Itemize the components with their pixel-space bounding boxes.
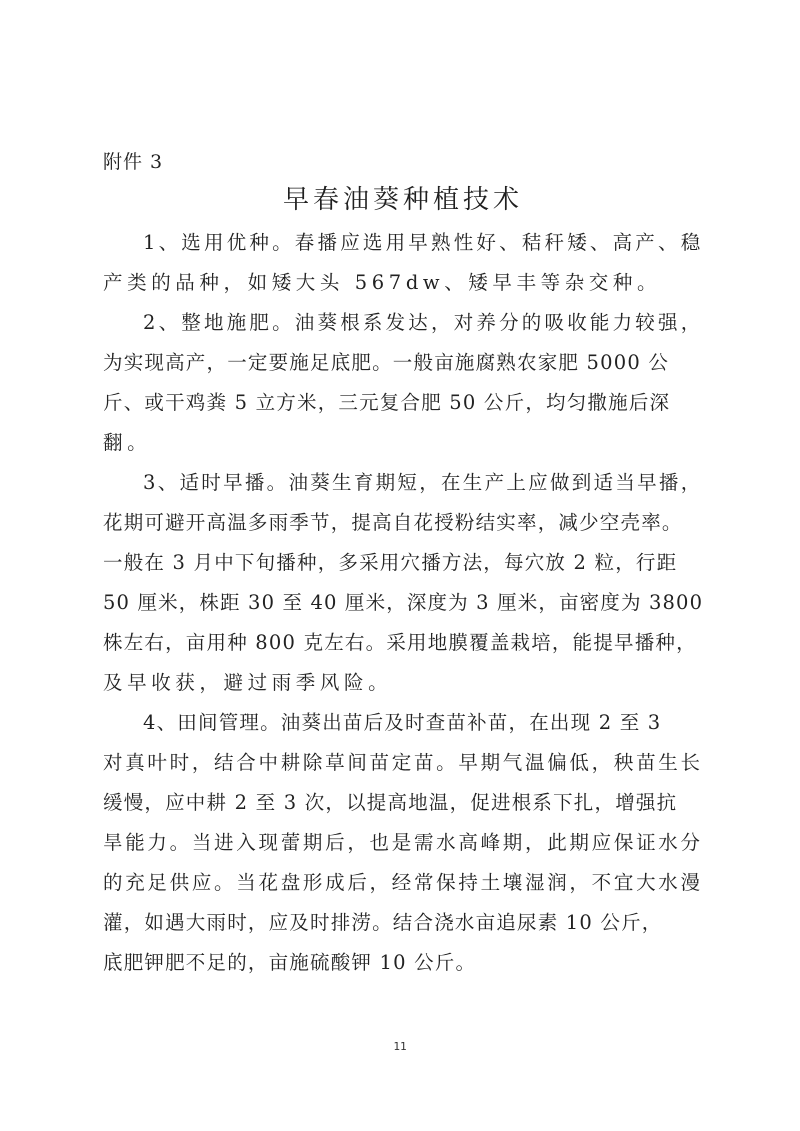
paragraph-line: 底肥钾肥不足的，亩施硫酸钾 10 公斤。 [103, 947, 703, 987]
document-body: 1、选用优种。春播应选用早熟性好、秸秆矮、高产、稳 产类的品种，如矮大头 567… [103, 227, 703, 987]
paragraph-line: 1、选用优种。春播应选用早熟性好、秸秆矮、高产、稳 [103, 227, 703, 267]
paragraph-line: 株左右，亩用种 800 克左右。采用地膜覆盖栽培，能提早播种， [103, 627, 703, 667]
document-title: 早春油葵种植技术 [0, 180, 800, 220]
paragraph-line: 翻。 [103, 427, 703, 467]
paragraph-line: 产类的品种，如矮大头 567dw、矮早丰等杂交种。 [103, 267, 703, 307]
document-page: 附件 3 早春油葵种植技术 1、选用优种。春播应选用早熟性好、秸秆矮、高产、稳 … [0, 0, 800, 1131]
paragraph-line: 4、田间管理。油葵出苗后及时查苗补苗，在出现 2 至 3 [103, 707, 703, 747]
paragraph-line: 3、适时早播。油葵生育期短，在生产上应做到适当早播， [103, 467, 703, 507]
section-4-field-management: 4、田间管理。油葵出苗后及时查苗补苗，在出现 2 至 3 对真叶时，结合中耕除草… [103, 707, 703, 987]
paragraph-line: 及早收获，避过雨季风险。 [103, 667, 703, 707]
paragraph-line: 旱能力。当进入现蕾期后，也是需水高峰期，此期应保证水分 [103, 827, 703, 867]
page-number: 11 [0, 1040, 800, 1053]
section-3-timely-early-sowing: 3、适时早播。油葵生育期短，在生产上应做到适当早播， 花期可避开高温多雨季节，提… [103, 467, 703, 707]
paragraph-line: 花期可避开高温多雨季节，提高自花授粉结实率，减少空壳率。 [103, 507, 703, 547]
paragraph-line: 斤、或干鸡粪 5 立方米，三元复合肥 50 公斤，均匀撒施后深 [103, 387, 703, 427]
section-1-selecting-varieties: 1、选用优种。春播应选用早熟性好、秸秆矮、高产、稳 产类的品种，如矮大头 567… [103, 227, 703, 307]
paragraph-line: 对真叶时，结合中耕除草间苗定苗。早期气温偏低，秧苗生长 [103, 747, 703, 787]
attachment-label: 附件 3 [103, 148, 163, 176]
paragraph-line: 灌，如遇大雨时，应及时排涝。结合浇水亩追尿素 10 公斤， [103, 907, 703, 947]
paragraph-line: 一般在 3 月中下旬播种，多采用穴播方法，每穴放 2 粒，行距 [103, 547, 703, 587]
paragraph-line: 缓慢，应中耕 2 至 3 次，以提高地温，促进根系下扎，增强抗 [103, 787, 703, 827]
paragraph-line: 的充足供应。当花盘形成后，经常保持土壤湿润，不宜大水漫 [103, 867, 703, 907]
paragraph-line: 2、整地施肥。油葵根系发达，对养分的吸收能力较强， [103, 307, 703, 347]
paragraph-line: 50 厘米，株距 30 至 40 厘米，深度为 3 厘米，亩密度为 3800 [103, 587, 703, 627]
paragraph-line: 为实现高产，一定要施足底肥。一般亩施腐熟农家肥 5000 公 [103, 347, 703, 387]
section-2-land-prep-fertilizing: 2、整地施肥。油葵根系发达，对养分的吸收能力较强， 为实现高产，一定要施足底肥。… [103, 307, 703, 467]
